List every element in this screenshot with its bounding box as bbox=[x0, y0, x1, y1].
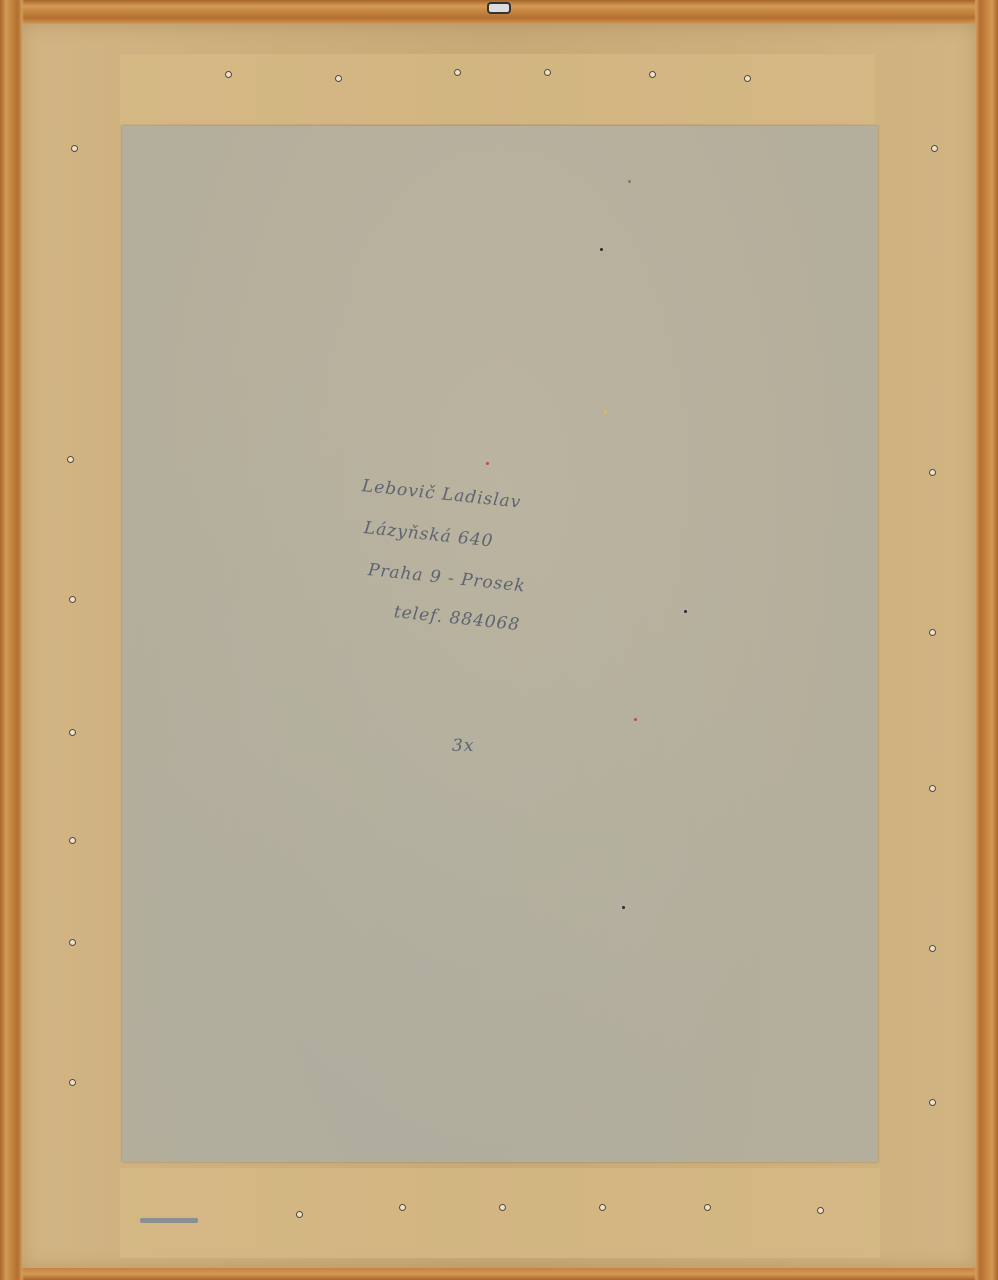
metal-clip bbox=[140, 1218, 198, 1223]
nail bbox=[930, 946, 935, 951]
speck bbox=[634, 718, 637, 721]
nail bbox=[72, 146, 77, 151]
nail bbox=[932, 146, 937, 151]
nail bbox=[650, 72, 655, 77]
nail bbox=[70, 838, 75, 843]
inscription-city: Praha 9 - Prosek bbox=[367, 560, 527, 596]
nail bbox=[70, 1080, 75, 1085]
speck bbox=[600, 248, 603, 251]
nail bbox=[336, 76, 341, 81]
nail bbox=[705, 1205, 710, 1210]
nail bbox=[500, 1205, 505, 1210]
nail bbox=[818, 1208, 823, 1213]
nail bbox=[930, 786, 935, 791]
speck bbox=[628, 180, 631, 183]
nail bbox=[68, 457, 73, 462]
tape-strip-top bbox=[120, 54, 875, 124]
nail bbox=[930, 1100, 935, 1105]
speck bbox=[684, 610, 687, 613]
speck bbox=[604, 410, 607, 413]
nail bbox=[70, 597, 75, 602]
inscription-mark: 3x bbox=[452, 736, 474, 756]
inscription-phone: telef. 884068 bbox=[393, 602, 521, 635]
speck bbox=[486, 462, 489, 465]
inscription-street: Lázyňská 640 bbox=[363, 518, 494, 551]
nail bbox=[226, 72, 231, 77]
nail bbox=[400, 1205, 405, 1210]
nail bbox=[930, 470, 935, 475]
inscription-name: Lebovič Ladislav bbox=[361, 476, 522, 513]
speck bbox=[622, 906, 625, 909]
nail bbox=[600, 1205, 605, 1210]
nail bbox=[930, 630, 935, 635]
tape-strip-bottom bbox=[120, 1168, 880, 1258]
hardboard-backing: Lebovič Ladislav Lázyňská 640 Praha 9 - … bbox=[122, 126, 878, 1162]
nail bbox=[455, 70, 460, 75]
nail bbox=[70, 730, 75, 735]
nail bbox=[545, 70, 550, 75]
nail bbox=[297, 1212, 302, 1217]
nail bbox=[70, 940, 75, 945]
nail bbox=[745, 76, 750, 81]
hanging-ring bbox=[487, 2, 511, 14]
